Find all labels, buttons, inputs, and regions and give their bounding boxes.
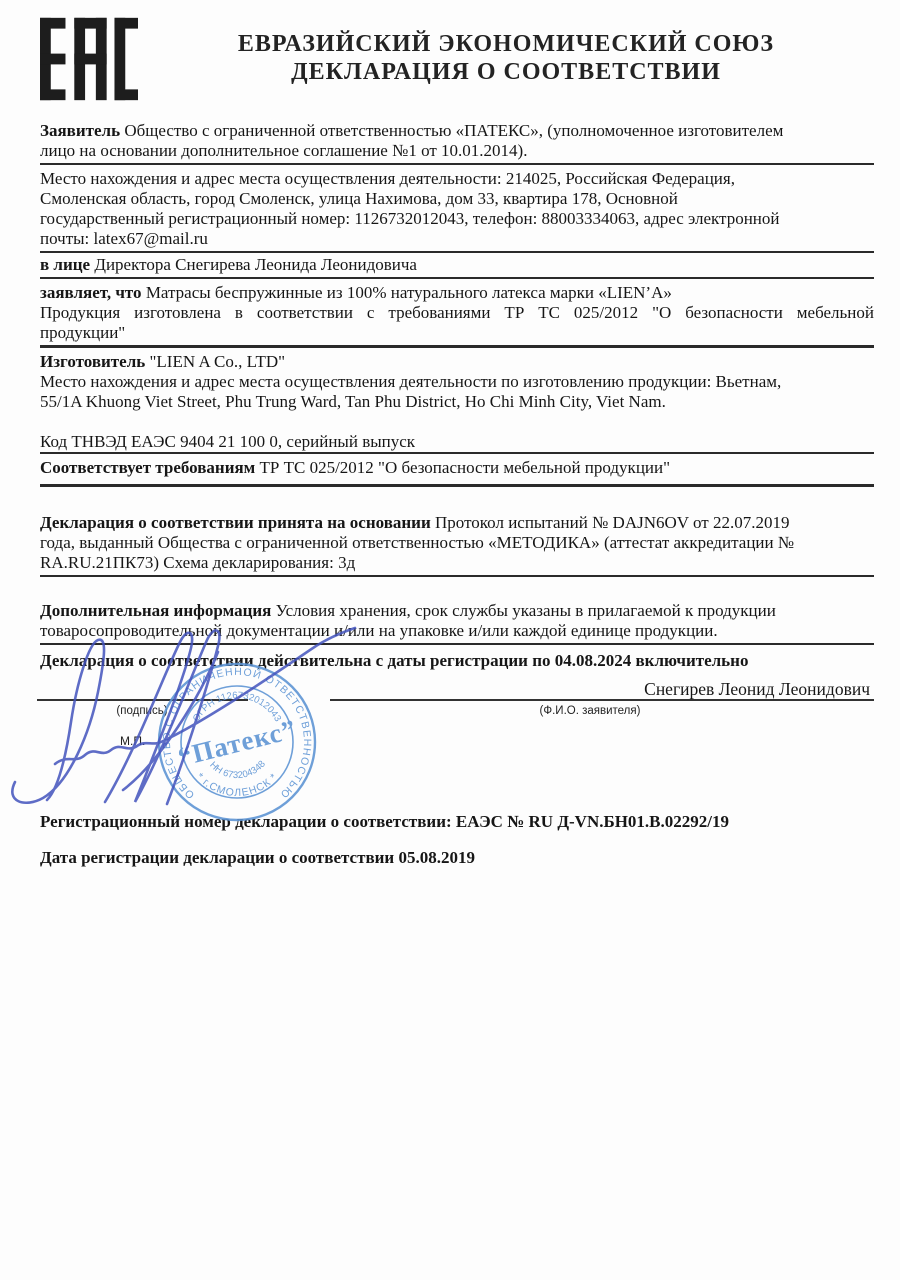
- declares-line2: Продукция изготовлена в соответствии с т…: [40, 303, 874, 323]
- compliance-line: Соответствует требованиям ТР ТС 025/2012…: [40, 458, 874, 478]
- manufacturer-addr-line2: 55/1A Khuong Viet Street, Phu Trung Ward…: [40, 392, 874, 412]
- applicant-label: Заявитель: [40, 121, 120, 140]
- spacer: [40, 412, 874, 432]
- declares-line1: заявляет, что Матрасы беспружинные из 10…: [40, 283, 874, 303]
- address-line4: почты: latex67@mail.ru: [40, 229, 874, 249]
- declares-label: заявляет, что: [40, 283, 142, 302]
- basis-line1: Декларация о соответствии принята на осн…: [40, 513, 874, 533]
- section-applicant: Заявитель Общество с ограниченной ответс…: [40, 119, 874, 165]
- manufacturer-name: "LIEN A Co., LTD": [149, 352, 285, 371]
- section-applicant-address: Место нахождения и адрес места осуществл…: [40, 165, 874, 253]
- in-person-line: в лице Директора Снегирева Леонида Леони…: [40, 255, 874, 275]
- registration-date-line: Дата регистрации декларации о соответств…: [40, 848, 874, 868]
- basis-line2: года, выданный Общества с ограниченной о…: [40, 533, 874, 553]
- signature-ink: [0, 612, 400, 817]
- section-manufacturer: Изготовитель "LIEN A Co., LTD" Место нах…: [40, 348, 874, 454]
- manufacturer-addr-line1: Место нахождения и адрес места осуществл…: [40, 372, 874, 392]
- document-title: ЕВРАЗИЙСКИЙ ЭКОНОМИЧЕСКИЙ СОЮЗ ДЕКЛАРАЦИ…: [138, 30, 874, 86]
- section-declares: заявляет, что Матрасы беспружинные из 10…: [40, 279, 874, 348]
- declares-text: Матрасы беспружинные из 100% натуральног…: [146, 283, 672, 302]
- fio-line: [330, 699, 874, 701]
- basis-line3: RA.RU.21ПК73) Схема декларирования: 3д: [40, 553, 874, 573]
- in-person-text: Директора Снегирева Леонида Леонидовича: [94, 255, 417, 274]
- manufacturer-label: Изготовитель: [40, 352, 145, 371]
- manufacturer-line1: Изготовитель "LIEN A Co., LTD": [40, 352, 874, 372]
- tnved-code-line: Код ТНВЭД ЕАЭС 9404 21 100 0, серийный в…: [40, 432, 874, 452]
- compliance-text: ТР ТС 025/2012 "О безопасности мебельной…: [260, 458, 671, 477]
- section-compliance: Соответствует требованиям ТР ТС 025/2012…: [40, 454, 874, 487]
- signature-block: (подпись) М.П. Снегирев Леонид Леонидови…: [40, 679, 874, 804]
- basis-label: Декларация о соответствии принята на осн…: [40, 513, 431, 532]
- declares-line3: продукции": [40, 323, 874, 343]
- address-line3: государственный регистрационный номер: 1…: [40, 209, 874, 229]
- section-in-person: в лице Директора Снегирева Леонида Леони…: [40, 253, 874, 279]
- applicant-text: Общество с ограниченной ответственностью…: [124, 121, 783, 140]
- fio-caption: (Ф.И.О. заявителя): [510, 705, 670, 718]
- compliance-label: Соответствует требованиям: [40, 458, 255, 477]
- eac-logo-icon: [40, 17, 138, 101]
- section-basis: Декларация о соответствии принята на осн…: [40, 511, 874, 577]
- applicant-line1: Заявитель Общество с ограниченной ответс…: [40, 121, 874, 141]
- document-page: ЕВРАЗИЙСКИЙ ЭКОНОМИЧЕСКИЙ СОЮЗ ДЕКЛАРАЦИ…: [0, 0, 900, 1280]
- applicant-line2: лицо на основании дополнительное соглаше…: [40, 141, 874, 161]
- title-line1: ЕВРАЗИЙСКИЙ ЭКОНОМИЧЕСКИЙ СОЮЗ: [138, 30, 874, 58]
- address-line1: Место нахождения и адрес места осуществл…: [40, 169, 874, 189]
- declarant-name: Снегирев Леонид Леонидович: [644, 679, 870, 699]
- title-line2: ДЕКЛАРАЦИЯ О СООТВЕТСТВИИ: [138, 58, 874, 86]
- basis-text: Протокол испытаний № DAJN6OV от 22.07.20…: [435, 513, 789, 532]
- document-header: ЕВРАЗИЙСКИЙ ЭКОНОМИЧЕСКИЙ СОЮЗ ДЕКЛАРАЦИ…: [40, 14, 874, 101]
- in-person-label: в лице: [40, 255, 90, 274]
- address-line2: Смоленская область, город Смоленск, улиц…: [40, 189, 874, 209]
